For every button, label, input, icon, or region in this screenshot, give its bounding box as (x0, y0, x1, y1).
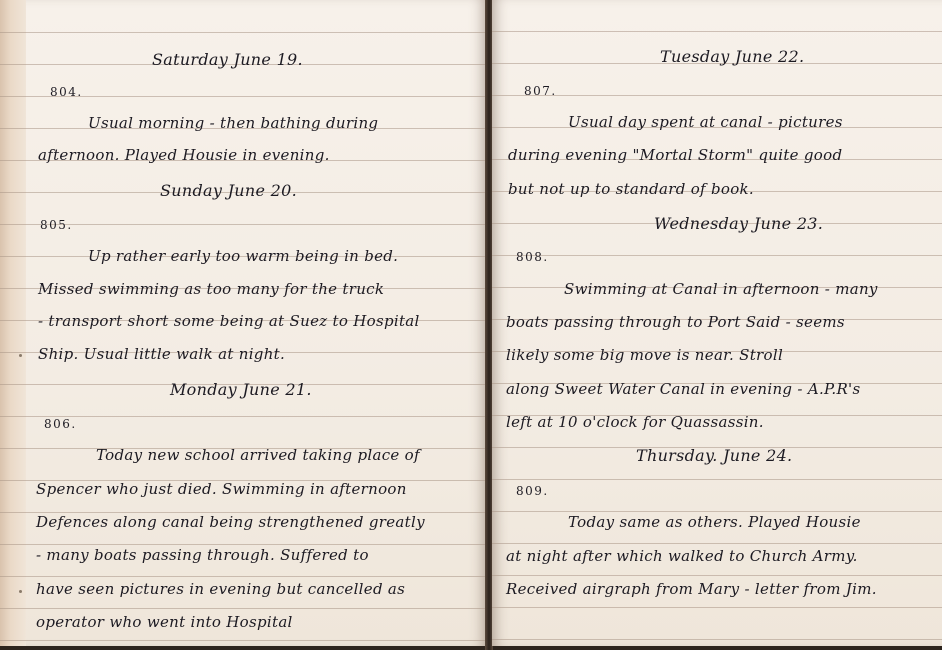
entry-heading: Tuesday June 22. (660, 47, 804, 66)
entry-line: but not up to standard of book. (508, 180, 754, 198)
entry-line: along Sweet Water Canal in evening - A.P… (506, 380, 860, 398)
entry-line: Ship. Usual little walk at night. (38, 345, 285, 363)
entry-line: Today new school arrived taking place of (96, 446, 420, 464)
entry-line: have seen pictures in evening but cancel… (36, 580, 405, 598)
entry-line: Spencer who just died. Swimming in after… (36, 480, 407, 498)
entry-line: Defences along canal being strengthened … (36, 513, 425, 531)
entry-line: left at 10 o'clock for Quassassin. (506, 413, 764, 431)
entry-number: 807. (524, 84, 557, 98)
left-page-content: Saturday June 19. 804. Usual morning - t… (0, 0, 486, 646)
entry-number: 804. (50, 85, 83, 99)
entry-number: 809. (516, 484, 549, 498)
entry-line: during evening "Mortal Storm" quite good (508, 146, 842, 164)
entry-heading: Monday June 21. (170, 380, 312, 399)
entry-heading: Saturday June 19. (152, 50, 303, 69)
entry-heading: Wednesday June 23. (654, 214, 823, 233)
right-page-content: Tuesday June 22. 807. Usual day spent at… (492, 0, 942, 646)
entry-line: Usual morning - then bathing during (88, 114, 378, 132)
entry-line: likely some big move is near. Stroll (506, 346, 783, 364)
entry-line: - transport short some being at Suez to … (38, 312, 420, 330)
entry-line: boats passing through to Port Said - see… (506, 313, 845, 331)
entry-line: Up rather early too warm being in bed. (88, 247, 398, 265)
left-page: Saturday June 19. 804. Usual morning - t… (0, 0, 486, 646)
entry-line: Swimming at Canal in afternoon - many (564, 280, 878, 298)
entry-line: - many boats passing through. Suffered t… (36, 546, 369, 564)
diary-book: Saturday June 19. 804. Usual morning - t… (0, 0, 942, 650)
entry-line: Today same as others. Played Housie (568, 513, 861, 531)
entry-line: afternoon. Played Housie in evening. (38, 146, 330, 164)
entry-number: 808. (516, 250, 549, 264)
entry-number: 806. (44, 417, 77, 431)
entry-heading: Thursday. June 24. (636, 446, 792, 465)
entry-line: at night after which walked to Church Ar… (506, 547, 858, 565)
entry-number: 805. (40, 218, 73, 232)
entry-heading: Sunday June 20. (160, 181, 297, 200)
entry-line: Usual day spent at canal - pictures (568, 113, 843, 131)
entry-line: Missed swimming as too many for the truc… (38, 280, 384, 298)
entry-line: operator who went into Hospital (36, 613, 293, 631)
right-page: Tuesday June 22. 807. Usual day spent at… (492, 0, 942, 646)
entry-line: Received airgraph from Mary - letter fro… (506, 580, 877, 598)
